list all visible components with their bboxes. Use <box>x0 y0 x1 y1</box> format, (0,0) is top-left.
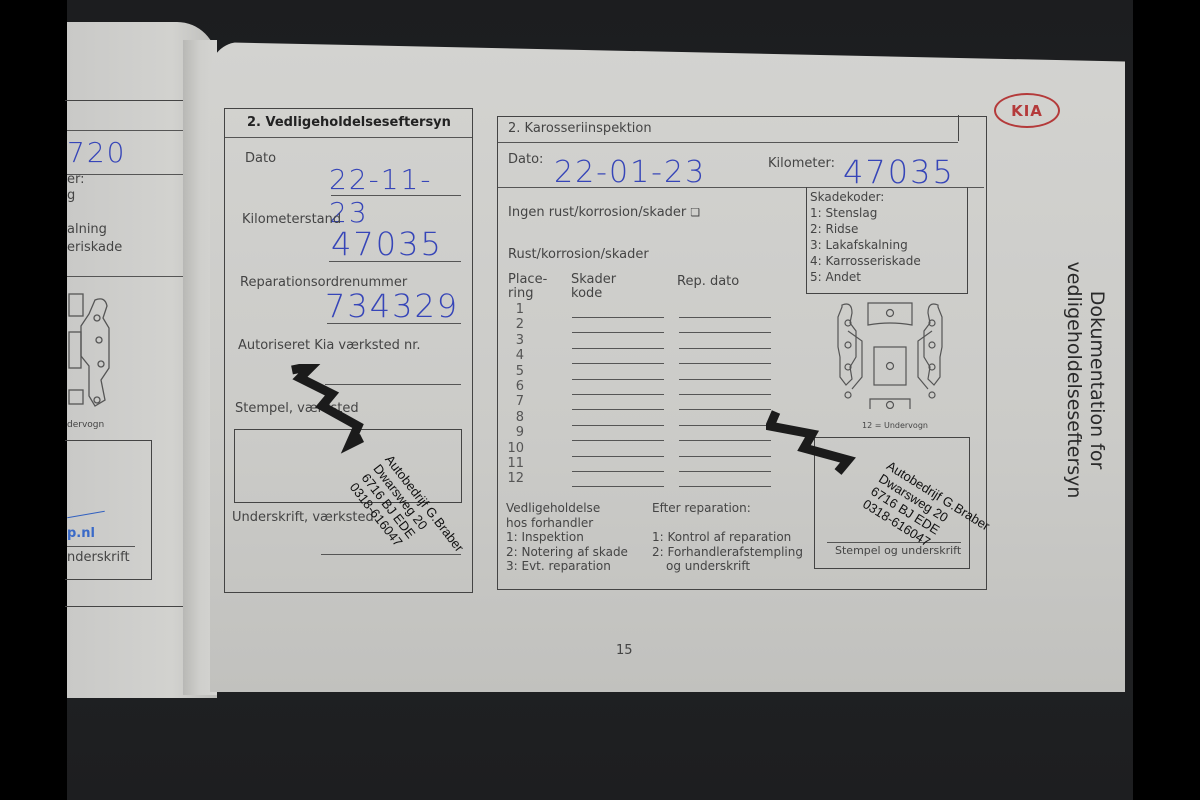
row-number: 2 <box>502 317 524 332</box>
entry-line[interactable] <box>572 456 664 457</box>
divider <box>67 546 135 547</box>
entry-line[interactable] <box>572 348 664 349</box>
no-damage-checkbox[interactable]: ❏ <box>690 206 700 219</box>
entry-line[interactable] <box>572 471 664 472</box>
inspection-title: 2. Karosseriinspektion <box>508 121 652 136</box>
row-number: 7 <box>502 394 524 409</box>
left-url-fragment: p.nl <box>67 526 95 541</box>
row-number: 12 <box>502 471 524 486</box>
kia-zigzag-stamp-icon <box>282 364 374 456</box>
no-damage-label: Ingen rust/korrosion/skader ❏ <box>508 205 700 220</box>
car-diagram-icon <box>836 301 944 409</box>
left-handwritten-fragment: 720 <box>67 136 126 169</box>
diagram-caption: 12 = Undervogn <box>862 421 928 430</box>
inspection-date-label: Dato: <box>508 152 543 167</box>
km-value: 47035 <box>843 153 955 191</box>
damage-codes-title: Skadekoder: <box>810 189 884 205</box>
letterbox-right <box>1133 0 1200 800</box>
entry-line[interactable] <box>572 394 664 395</box>
maintenance-title: 2. Vedligeholdelseseftersyn <box>247 115 451 130</box>
left-caption-fragment: dervogn <box>67 420 104 430</box>
damage-codes-box: Skadekoder: 1: Stenslag2: Ridse3: Lakafs… <box>806 187 968 294</box>
left-code-fragment: eriskade <box>67 240 122 255</box>
divider <box>498 142 958 143</box>
left-signature-label: nderskrift <box>67 550 130 565</box>
left-code-fragment: er: <box>67 172 85 187</box>
entry-line[interactable] <box>679 440 771 441</box>
entry-line[interactable] <box>679 394 771 395</box>
entry-line[interactable] <box>572 425 664 426</box>
entry-line[interactable] <box>679 379 771 380</box>
date-label: Dato <box>245 151 276 166</box>
date-line <box>331 195 461 196</box>
kia-logo-icon: KIA <box>994 93 1060 128</box>
entry-line[interactable] <box>572 379 664 380</box>
row-number: 6 <box>502 379 524 394</box>
entry-line[interactable] <box>679 409 771 410</box>
divider <box>67 130 185 131</box>
inspection-date-value: 22-01-23 <box>554 155 706 190</box>
row-number: 3 <box>502 333 524 348</box>
order-value: 734329 <box>325 287 459 325</box>
entry-line[interactable] <box>679 363 771 364</box>
row-number: 4 <box>502 348 524 363</box>
mileage-line <box>329 261 461 262</box>
entry-line[interactable] <box>679 348 771 349</box>
col-repair-date: Rep. dato <box>677 274 739 289</box>
side-title: Dokumentation for vedligeholdelsesefters… <box>1062 262 1108 499</box>
header-cell <box>958 115 985 141</box>
col-placement: Place- ring <box>508 273 547 301</box>
divider <box>225 137 472 138</box>
damage-code-item: 1: Stenslag <box>810 205 921 221</box>
workshop-label: Autoriseret Kia værksted nr. <box>238 338 421 353</box>
damage-code-item: 4: Karrosseriskade <box>810 253 921 269</box>
damage-codes-list: 1: Stenslag2: Ridse3: Lakafskalning4: Ka… <box>810 205 921 285</box>
row-number: 10 <box>502 441 524 456</box>
entry-line[interactable] <box>679 456 771 457</box>
mileage-value: 47035 <box>331 225 443 263</box>
entry-line[interactable] <box>572 409 664 410</box>
mileage-label: Kilometerstand <box>242 212 341 227</box>
damage-code-item: 2: Ridse <box>810 221 921 237</box>
damage-code-item: 3: Lakafskalning <box>810 237 921 253</box>
divider <box>67 174 185 175</box>
signature-label: Underskrift, værksted <box>232 510 374 525</box>
car-diagram-fragment-icon <box>67 292 137 422</box>
row-number: 1 <box>502 302 524 317</box>
km-label: Kilometer: <box>768 156 835 171</box>
entry-line[interactable] <box>572 363 664 364</box>
page-number: 15 <box>616 643 633 658</box>
letterbox-left <box>0 0 67 800</box>
entry-line[interactable] <box>679 486 771 487</box>
damage-code-item: 5: Andet <box>810 269 921 285</box>
divider <box>67 276 185 277</box>
row-number: 9 <box>502 425 524 440</box>
damage-label: Rust/korrosion/skader <box>508 247 649 262</box>
entry-line[interactable] <box>679 332 771 333</box>
entry-line[interactable] <box>679 471 771 472</box>
entry-line[interactable] <box>679 425 771 426</box>
entry-line[interactable] <box>572 317 664 318</box>
row-number: 11 <box>502 456 524 471</box>
entry-line[interactable] <box>572 486 664 487</box>
entry-line[interactable] <box>572 440 664 441</box>
col-damage-code: Skader kode <box>571 273 616 301</box>
row-number: 5 <box>502 364 524 379</box>
left-code-fragment: alning <box>67 222 107 237</box>
row-number: 8 <box>502 410 524 425</box>
order-line <box>327 323 461 324</box>
after-repair-notes: Efter reparation: 1: Kontrol af reparati… <box>652 501 803 574</box>
entry-line[interactable] <box>572 332 664 333</box>
dealer-notes: Vedligeholdelse hos forhandler 1: Inspek… <box>506 501 628 574</box>
kia-zigzag-stamp-icon <box>766 408 866 480</box>
entry-line[interactable] <box>679 317 771 318</box>
left-code-fragment: g <box>67 188 75 203</box>
date-value: 22-11-23 <box>329 163 472 229</box>
